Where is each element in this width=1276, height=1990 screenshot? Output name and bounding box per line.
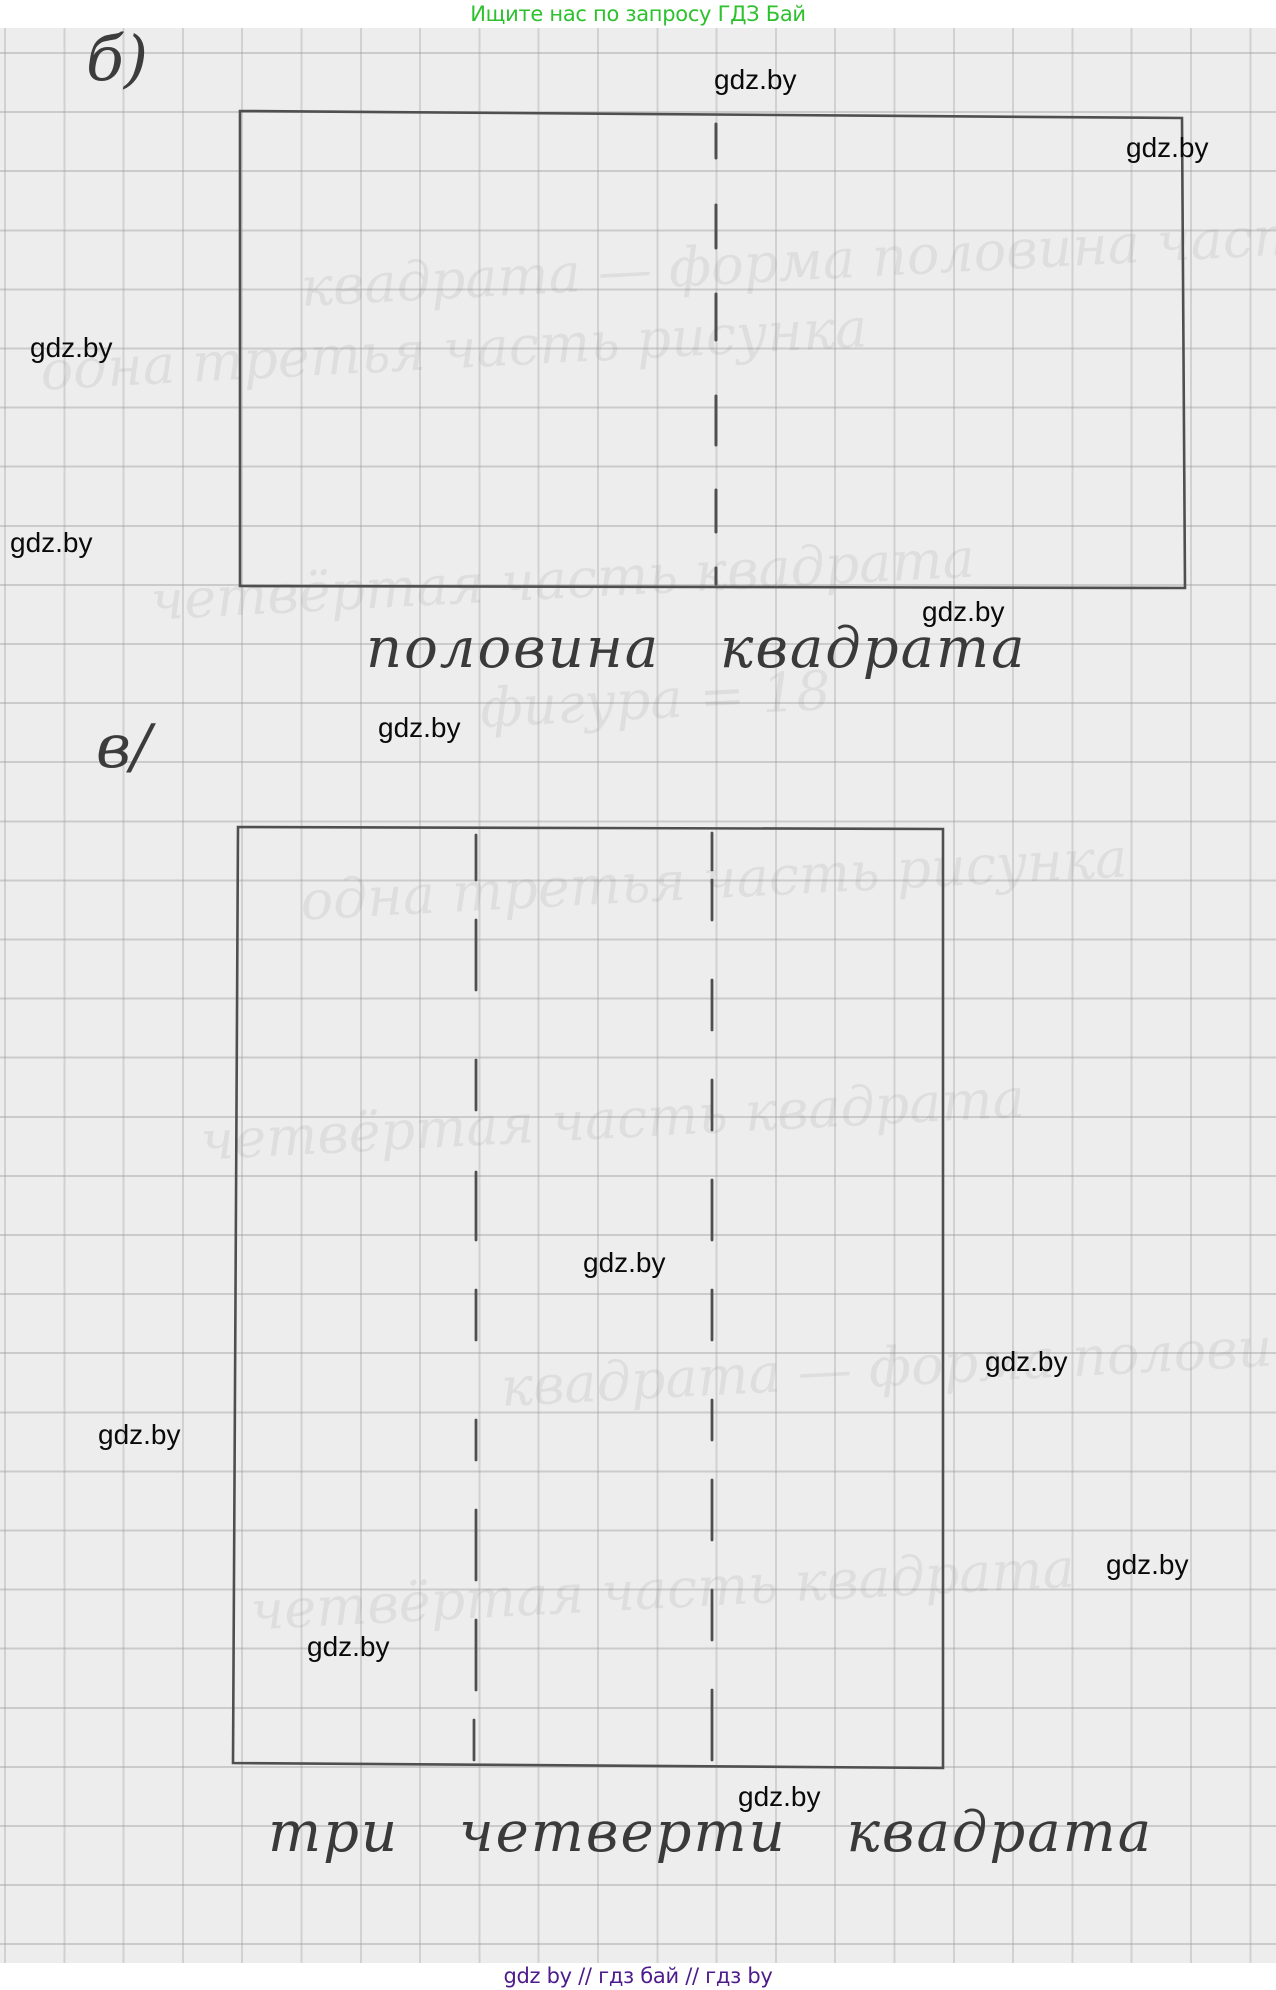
watermark: gdz.by [583,1248,666,1278]
watermark: gdz.by [98,1420,181,1450]
watermark: gdz.by [10,528,93,558]
part-label: в/ [96,712,151,782]
watermark: gdz.by [714,65,797,95]
pencil-drawings [0,0,1276,1990]
rectangle-three-quarters [233,827,943,1768]
watermark: gdz.by [307,1632,390,1662]
rectangle-half [240,111,1185,588]
watermark: gdz.by [738,1782,821,1812]
watermark: gdz.by [378,713,461,743]
part-caption: три четверти квадрата [268,1800,1153,1865]
watermark: gdz.by [1106,1550,1189,1580]
watermark: gdz.by [922,597,1005,627]
watermark: gdz.by [985,1347,1068,1377]
dashed-divider [474,835,476,1760]
part-label: б) [86,22,148,95]
watermark: gdz.by [1126,133,1209,163]
watermark: gdz.by [30,333,113,363]
bottom-banner: gdz by // гдз бай // гдз by [0,1963,1276,1990]
site-links[interactable]: gdz by // гдз бай // гдз by [503,1963,772,1990]
